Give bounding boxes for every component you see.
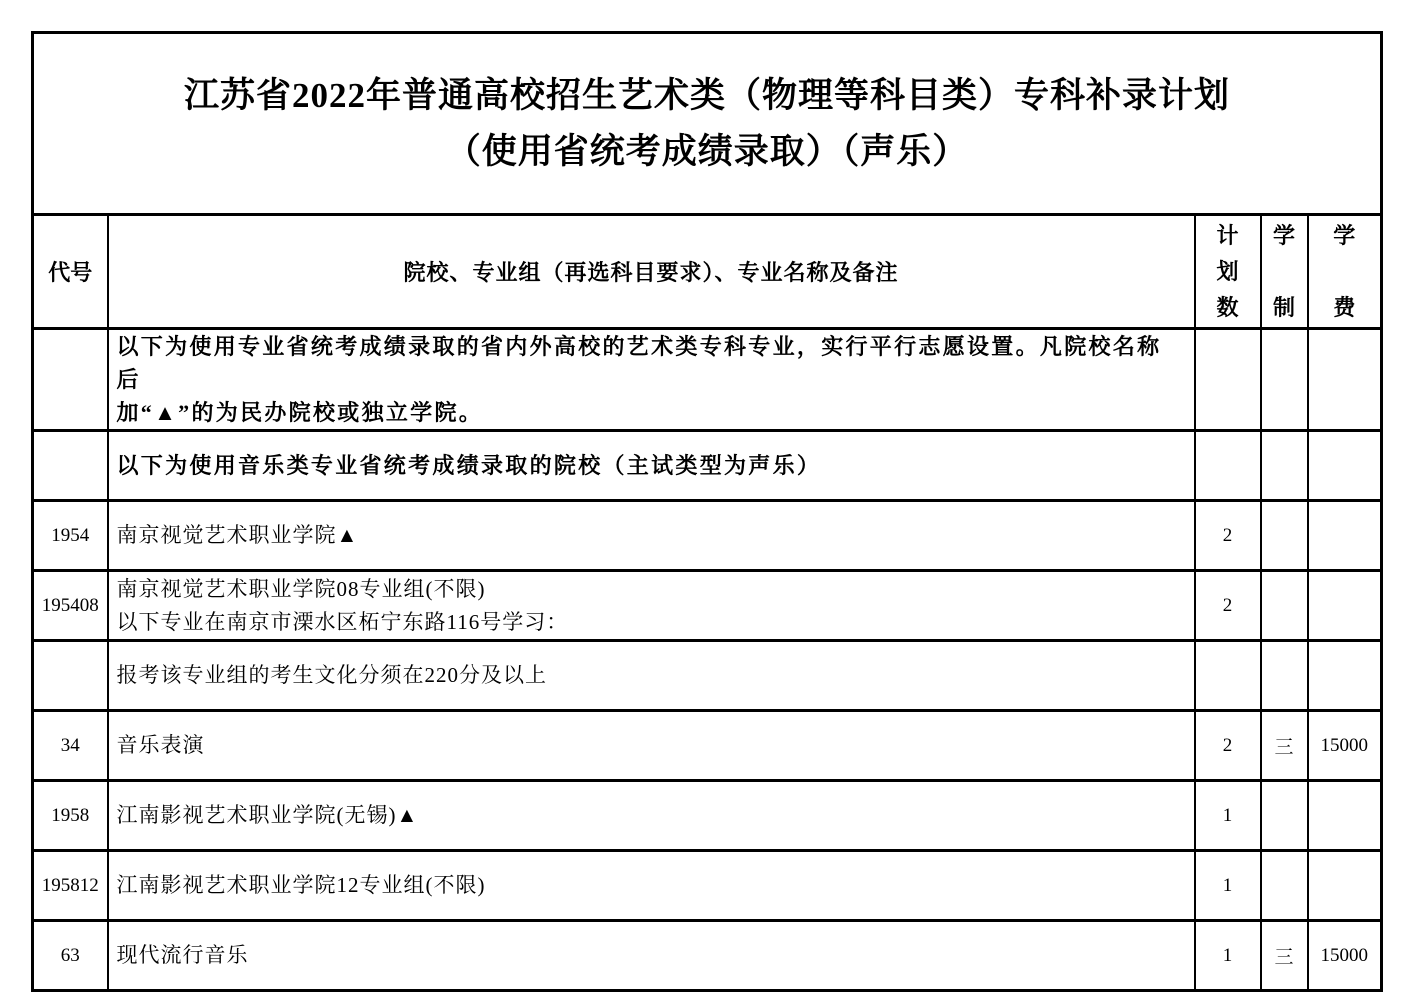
admission-plan-table: 江苏省2022年普通高校招生艺术类（物理等科目类）专科补录计划 （使用省统考成绩… bbox=[31, 31, 1383, 992]
cell-plan bbox=[1195, 329, 1261, 431]
cell-main-line1: 音乐表演 bbox=[117, 729, 1186, 762]
cell-main: 南京视觉艺术职业学院▲ bbox=[108, 501, 1195, 571]
cell-plan: 1 bbox=[1195, 781, 1261, 851]
cell-main-line1: 江南影视艺术职业学院12专业组(不限) bbox=[117, 869, 1186, 902]
document-title: 江苏省2022年普通高校招生艺术类（物理等科目类）专科补录计划 （使用省统考成绩… bbox=[33, 33, 1382, 215]
cell-code: 1954 bbox=[33, 501, 108, 571]
col-header-plan-char: 划 bbox=[1216, 260, 1238, 284]
cell-main-line1: 以下为使用音乐类专业省统考成绩录取的院校（主试类型为声乐） bbox=[117, 449, 1186, 482]
cell-duration bbox=[1261, 641, 1308, 711]
cell-main: 以下为使用专业省统考成绩录取的省内外高校的艺术类专科专业，实行平行志愿设置。凡院… bbox=[108, 329, 1195, 431]
cell-plan: 1 bbox=[1195, 921, 1261, 991]
cell-fee bbox=[1308, 329, 1382, 431]
cell-code bbox=[33, 641, 108, 711]
cell-code: 34 bbox=[33, 711, 108, 781]
cell-main-line1: 报考该专业组的考生文化分须在220分及以上 bbox=[117, 659, 1186, 692]
cell-main: 江南影视艺术职业学院(无锡)▲ bbox=[108, 781, 1195, 851]
cell-code: 1958 bbox=[33, 781, 108, 851]
table-row-major-63: 63 现代流行音乐 1 三 15000 bbox=[33, 921, 1382, 991]
cell-duration bbox=[1261, 571, 1308, 641]
col-header-duration-char: 学 bbox=[1273, 224, 1295, 248]
cell-code bbox=[33, 329, 108, 431]
cell-main-line1: 现代流行音乐 bbox=[117, 939, 1186, 972]
cell-plan: 2 bbox=[1195, 711, 1261, 781]
table-row-group-195812: 195812 江南影视艺术职业学院12专业组(不限) 1 bbox=[33, 851, 1382, 921]
col-header-duration-char: 制 bbox=[1273, 296, 1295, 320]
table-row-major-34: 34 音乐表演 2 三 15000 bbox=[33, 711, 1382, 781]
col-header-plan-char: 计 bbox=[1216, 224, 1238, 248]
table-row-group-195408: 195408 南京视觉艺术职业学院08专业组(不限) 以下专业在南京市溧水区柘宁… bbox=[33, 571, 1382, 641]
col-header-code: 代号 bbox=[33, 215, 108, 329]
cell-code: 195408 bbox=[33, 571, 108, 641]
cell-duration bbox=[1261, 501, 1308, 571]
cell-main: 江南影视艺术职业学院12专业组(不限) bbox=[108, 851, 1195, 921]
cell-main: 现代流行音乐 bbox=[108, 921, 1195, 991]
cell-main-line1: 以下为使用专业省统考成绩录取的省内外高校的艺术类专科专业，实行平行志愿设置。凡院… bbox=[117, 330, 1186, 396]
cell-duration bbox=[1261, 781, 1308, 851]
cell-main-line2: 以下专业在南京市溧水区柘宁东路116号学习： bbox=[117, 606, 1186, 639]
cell-duration: 三 bbox=[1261, 921, 1308, 991]
cell-plan bbox=[1195, 431, 1261, 501]
cell-fee: 15000 bbox=[1308, 711, 1382, 781]
table-row-college-1958: 1958 江南影视艺术职业学院(无锡)▲ 1 bbox=[33, 781, 1382, 851]
col-header-fee: 学 费 bbox=[1308, 215, 1382, 329]
title-row: 江苏省2022年普通高校招生艺术类（物理等科目类）专科补录计划 （使用省统考成绩… bbox=[33, 33, 1382, 215]
cell-fee bbox=[1308, 501, 1382, 571]
cell-main: 音乐表演 bbox=[108, 711, 1195, 781]
col-header-duration: 学 制 bbox=[1261, 215, 1308, 329]
table-row-note-score: 报考该专业组的考生文化分须在220分及以上 bbox=[33, 641, 1382, 711]
cell-plan: 2 bbox=[1195, 501, 1261, 571]
cell-duration bbox=[1261, 329, 1308, 431]
cell-plan bbox=[1195, 641, 1261, 711]
cell-fee bbox=[1308, 431, 1382, 501]
title-line-2: （使用省统考成绩录取）（声乐） bbox=[34, 124, 1380, 180]
document-page: 江苏省2022年普通高校招生艺术类（物理等科目类）专科补录计划 （使用省统考成绩… bbox=[0, 0, 1412, 998]
cell-fee bbox=[1308, 851, 1382, 921]
cell-main: 以下为使用音乐类专业省统考成绩录取的院校（主试类型为声乐） bbox=[108, 431, 1195, 501]
cell-main-line2: 加“▲”的为民办院校或独立学院。 bbox=[117, 396, 1186, 429]
cell-main-line1: 南京视觉艺术职业学院08专业组(不限) bbox=[117, 573, 1186, 606]
cell-fee bbox=[1308, 781, 1382, 851]
cell-fee bbox=[1308, 641, 1382, 711]
cell-duration bbox=[1261, 431, 1308, 501]
col-header-main: 院校、专业组（再选科目要求）、专业名称及备注 bbox=[108, 215, 1195, 329]
table-row-college-1954: 1954 南京视觉艺术职业学院▲ 2 bbox=[33, 501, 1382, 571]
col-header-plan: 计 划 数 bbox=[1195, 215, 1261, 329]
cell-code: 195812 bbox=[33, 851, 108, 921]
col-header-plan-char: 数 bbox=[1216, 296, 1238, 320]
cell-plan: 2 bbox=[1195, 571, 1261, 641]
title-line-1: 江苏省2022年普通高校招生艺术类（物理等科目类）专科补录计划 bbox=[34, 68, 1380, 124]
cell-main-line1: 江南影视艺术职业学院(无锡)▲ bbox=[117, 799, 1186, 832]
cell-fee bbox=[1308, 571, 1382, 641]
cell-plan: 1 bbox=[1195, 851, 1261, 921]
col-header-fee-char: 费 bbox=[1333, 296, 1355, 320]
cell-duration: 三 bbox=[1261, 711, 1308, 781]
table-row-note-music: 以下为使用音乐类专业省统考成绩录取的院校（主试类型为声乐） bbox=[33, 431, 1382, 501]
cell-fee: 15000 bbox=[1308, 921, 1382, 991]
cell-main: 报考该专业组的考生文化分须在220分及以上 bbox=[108, 641, 1195, 711]
cell-code: 63 bbox=[33, 921, 108, 991]
cell-main: 南京视觉艺术职业学院08专业组(不限) 以下专业在南京市溧水区柘宁东路116号学… bbox=[108, 571, 1195, 641]
col-header-fee-char: 学 bbox=[1333, 224, 1355, 248]
table-row-note-general: 以下为使用专业省统考成绩录取的省内外高校的艺术类专科专业，实行平行志愿设置。凡院… bbox=[33, 329, 1382, 431]
cell-main-line1: 南京视觉艺术职业学院▲ bbox=[117, 519, 1186, 552]
cell-code bbox=[33, 431, 108, 501]
cell-duration bbox=[1261, 851, 1308, 921]
column-header-row: 代号 院校、专业组（再选科目要求）、专业名称及备注 计 划 数 学 制 学 费 bbox=[33, 215, 1382, 329]
